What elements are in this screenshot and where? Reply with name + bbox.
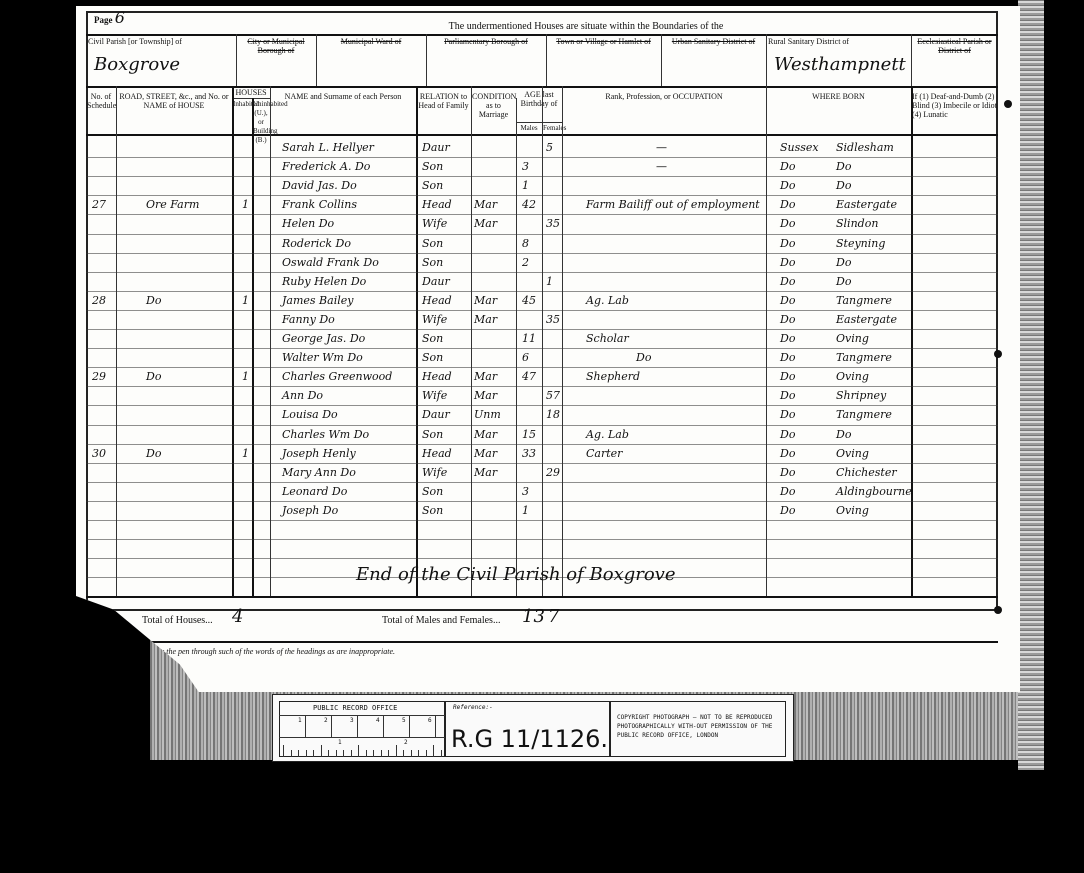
- occupation: Carter: [586, 447, 622, 460]
- house-name: Do: [146, 294, 161, 307]
- boundary-label: Municipal Ward of: [318, 37, 424, 46]
- schedule-number: 29: [92, 370, 106, 383]
- census-page: Page 6 The undermentioned Houses are sit…: [76, 6, 1020, 692]
- scale-tick: [373, 750, 374, 757]
- relation: Wife: [422, 389, 447, 402]
- male-age: 42: [522, 198, 536, 211]
- marital-condition: Mar: [474, 198, 497, 211]
- relation: Head: [422, 447, 452, 460]
- marital-condition: Mar: [474, 217, 497, 230]
- female-age: 35: [546, 217, 560, 230]
- born-county: Sussex: [780, 141, 819, 154]
- table-row: David Jas. DoSon1DoDo: [76, 179, 1020, 198]
- female-age: 35: [546, 313, 560, 326]
- column-header: NAME and Surname of each Person: [271, 92, 415, 101]
- born-place: Do: [836, 179, 851, 192]
- scale-tick: [321, 745, 322, 757]
- male-age: 3: [522, 485, 529, 498]
- table-row: Ruby Helen DoDaur1DoDo: [76, 275, 1020, 294]
- person-name: Sarah L. Hellyer: [282, 141, 374, 154]
- person-name: James Bailey: [282, 294, 353, 307]
- copyright-notice: COPYRIGHT PHOTOGRAPH – NOT TO BE REPRODU…: [617, 713, 777, 740]
- born-county: Do: [780, 294, 795, 307]
- marital-condition: Mar: [474, 389, 497, 402]
- born-place: Oving: [836, 504, 869, 517]
- occupation: —: [656, 141, 667, 154]
- boundary-value: Westhampnett: [774, 54, 906, 75]
- scale-rule: [409, 715, 410, 737]
- relation: Son: [422, 179, 443, 192]
- inhabited-count: 1: [242, 198, 249, 211]
- born-place: Do: [836, 256, 851, 269]
- born-place: Oving: [836, 370, 869, 383]
- born-place: Steyning: [836, 237, 885, 250]
- page-number: 6: [115, 8, 125, 27]
- table-row: Walter Wm DoSon6DoDoTangmere: [76, 351, 1020, 370]
- person-name: Joseph Do: [282, 504, 338, 517]
- relation: Son: [422, 256, 443, 269]
- page-title: The undermentioned Houses are situate wi…: [376, 22, 796, 31]
- reference-value: R.G 11/1126.: [451, 725, 608, 753]
- scale-tick: [396, 745, 397, 757]
- person-name: Frederick A. Do: [282, 160, 370, 173]
- record-office-stamp: PUBLIC RECORD OFFICE 12345612 Reference:…: [272, 694, 794, 762]
- rule: [86, 596, 998, 598]
- scale-label: 3: [350, 717, 354, 724]
- person-name: Louisa Do: [282, 408, 338, 421]
- born-place: Do: [836, 428, 851, 441]
- male-age: 1: [522, 504, 529, 517]
- rule: [316, 34, 317, 86]
- relation: Head: [422, 198, 452, 211]
- table-row: Charles Wm DoSonMar15Ag. LabDoDo: [76, 428, 1020, 447]
- house-name: Do: [146, 370, 161, 383]
- scale-tick: [366, 750, 367, 757]
- scale-tick: [426, 750, 427, 757]
- born-county: Do: [780, 332, 795, 345]
- born-place: Sidlesham: [836, 141, 894, 154]
- occupation: Shepherd: [586, 370, 640, 383]
- table-row: 27Ore Farm1Frank CollinsHeadMar42Farm Ba…: [76, 198, 1020, 217]
- rule: [279, 715, 445, 716]
- person-name: Ann Do: [282, 389, 323, 402]
- born-place: Oving: [836, 447, 869, 460]
- relation: Son: [422, 332, 443, 345]
- born-place: Tangmere: [836, 351, 892, 364]
- scale-label: 1: [338, 739, 342, 746]
- rule: [279, 737, 445, 738]
- born-county: Do: [780, 389, 795, 402]
- boundary-label: Parliamentary Borough of: [428, 37, 544, 46]
- scale-tick: [418, 750, 419, 757]
- male-age: 11: [522, 332, 536, 345]
- born-county: Do: [780, 428, 795, 441]
- born-place: Shripney: [836, 389, 886, 402]
- scale-tick: [283, 745, 284, 757]
- born-county: Do: [780, 198, 795, 211]
- rule: [236, 34, 237, 86]
- rule: [766, 34, 767, 86]
- person-name: Roderick Do: [282, 237, 351, 250]
- male-age: 33: [522, 447, 536, 460]
- end-of-parish-note: End of the Civil Parish of Boxgrove: [356, 564, 676, 585]
- female-age: 18: [546, 408, 560, 421]
- person-name: David Jas. Do: [282, 179, 357, 192]
- table-row: Frederick A. DoSon3—DoDo: [76, 160, 1020, 179]
- born-county: Do: [780, 179, 795, 192]
- female-age: 1: [546, 275, 553, 288]
- relation: Wife: [422, 466, 447, 479]
- punch-hole: [1004, 100, 1012, 108]
- table-row: Louisa DoDaurUnm18DoTangmere: [76, 408, 1020, 427]
- relation: Wife: [422, 313, 447, 326]
- person-name: Charles Wm Do: [282, 428, 369, 441]
- male-age: 6: [522, 351, 529, 364]
- marital-condition: Mar: [474, 370, 497, 383]
- born-county: Do: [780, 408, 795, 421]
- person-name: Frank Collins: [282, 198, 357, 211]
- boundary-label: Civil Parish [or Township] of: [88, 37, 234, 46]
- scale-tick: [411, 750, 412, 757]
- scale-rule: [383, 715, 384, 737]
- person-name: Joseph Henly: [282, 447, 356, 460]
- born-place: Slindon: [836, 217, 878, 230]
- scale-tick: [306, 750, 307, 757]
- person-name: Fanny Do: [282, 313, 335, 326]
- born-place: Oving: [836, 332, 869, 345]
- occupation: Ag. Lab: [586, 294, 629, 307]
- born-county: Do: [780, 447, 795, 460]
- table-row: 29Do1Charles GreenwoodHeadMar47ShepherdD…: [76, 370, 1020, 389]
- column-header-houses: HOUSES: [233, 88, 269, 97]
- relation: Daur: [422, 275, 450, 288]
- born-place: Do: [836, 275, 851, 288]
- occupation: Farm Bailiff out of employment: [586, 198, 760, 211]
- house-name: Do: [146, 447, 161, 460]
- boundary-label: Ecclesiastical Parish or District of: [913, 37, 996, 55]
- scale-rule: [435, 715, 436, 737]
- marital-condition: Mar: [474, 428, 497, 441]
- person-name: Ruby Helen Do: [282, 275, 366, 288]
- scale-tick: [403, 750, 404, 757]
- footnote: Draw the pen through such of the words o…: [146, 647, 395, 656]
- male-age: 3: [522, 160, 529, 173]
- relation: Son: [422, 160, 443, 173]
- occupation: —: [656, 160, 667, 173]
- male-age: 47: [522, 370, 536, 383]
- table-row: 30Do1Joseph HenlyHeadMar33CarterDoOving: [76, 447, 1020, 466]
- scale-label: 1: [298, 717, 302, 724]
- scale-tick: [388, 750, 389, 757]
- punch-hole: [994, 606, 1002, 614]
- punch-hole: [994, 350, 1002, 358]
- occupation: Scholar: [586, 332, 629, 345]
- table-row: 28Do1James BaileyHeadMar45Ag. LabDoTangm…: [76, 294, 1020, 313]
- person-name: Helen Do: [282, 217, 334, 230]
- occupation: Do: [636, 351, 651, 364]
- rule: [516, 122, 562, 123]
- scale-rule: [357, 715, 358, 737]
- born-county: Do: [780, 160, 795, 173]
- scale-tick: [343, 750, 344, 757]
- born-county: Do: [780, 504, 795, 517]
- born-county: Do: [780, 237, 795, 250]
- marital-condition: Unm: [474, 408, 501, 421]
- column-header: CONDITION as to Marriage: [472, 92, 515, 119]
- scale-label: 6: [428, 717, 432, 724]
- total-houses-label: Total of Houses...: [142, 616, 213, 625]
- scan-edge: [1018, 0, 1044, 770]
- column-header: Rank, Profession, or OCCUPATION: [563, 92, 765, 101]
- schedule-number: 27: [92, 198, 106, 211]
- rule: [232, 98, 270, 99]
- born-place: Eastergate: [836, 313, 897, 326]
- inhabited-count: 1: [242, 447, 249, 460]
- total-persons-label: Total of Males and Females...: [382, 616, 500, 625]
- relation: Son: [422, 485, 443, 498]
- born-county: Do: [780, 466, 795, 479]
- scale-tick: [328, 750, 329, 757]
- house-name: Ore Farm: [146, 198, 199, 211]
- occupation: Ag. Lab: [586, 428, 629, 441]
- column-header: Females: [543, 124, 561, 133]
- row-rule: [86, 539, 998, 540]
- scale-tick: [291, 750, 292, 757]
- column-header: RELATION to Head of Family: [417, 92, 470, 110]
- scale-label: 2: [324, 717, 328, 724]
- born-place: Aldingbourne: [836, 485, 912, 498]
- rule: [546, 34, 547, 86]
- boundary-label: Town or Village or Hamlet of: [548, 37, 659, 46]
- relation: Head: [422, 370, 452, 383]
- born-place: Chichester: [836, 466, 897, 479]
- table-row: Mary Ann DoWifeMar29DoChichester: [76, 466, 1020, 485]
- inhabited-count: 1: [242, 370, 249, 383]
- table-row: Oswald Frank DoSon2DoDo: [76, 256, 1020, 275]
- scale-tick: [298, 750, 299, 757]
- male-age: 8: [522, 237, 529, 250]
- row-rule: [86, 558, 998, 559]
- scale-label: 5: [402, 717, 406, 724]
- person-name: Oswald Frank Do: [282, 256, 379, 269]
- born-county: Do: [780, 370, 795, 383]
- scale-rule: [305, 715, 306, 737]
- reference-label: Reference:-: [453, 704, 493, 711]
- female-age: 57: [546, 389, 560, 402]
- table-row: Joseph DoSon1DoOving: [76, 504, 1020, 523]
- born-county: Do: [780, 313, 795, 326]
- table-row: Helen DoWifeMar35DoSlindon: [76, 217, 1020, 236]
- scale-tick: [351, 750, 352, 757]
- boundary-label: City or Municipal Borough of: [238, 37, 314, 55]
- born-place: Eastergate: [836, 198, 897, 211]
- total-houses-value: 4: [232, 606, 243, 627]
- column-header: WHERE BORN: [767, 92, 910, 101]
- scale-label: 2: [404, 739, 408, 746]
- table-row: George Jas. DoSon11ScholarDoOving: [76, 332, 1020, 351]
- person-name: Walter Wm Do: [282, 351, 363, 364]
- person-name: Charles Greenwood: [282, 370, 392, 383]
- table-row: Roderick DoSon8DoSteyning: [76, 237, 1020, 256]
- rule: [116, 641, 998, 643]
- boundary-label: Rural Sanitary District of: [768, 37, 909, 46]
- table-row: Leonard DoSon3DoAldingbourne: [76, 485, 1020, 504]
- column-header: If (1) Deaf-and-Dumb (2) Blind (3) Imbec…: [912, 92, 997, 119]
- person-name: Leonard Do: [282, 485, 347, 498]
- person-name: Mary Ann Do: [282, 466, 356, 479]
- marital-condition: Mar: [474, 313, 497, 326]
- scale-tick: [358, 745, 359, 757]
- rule: [426, 34, 427, 86]
- female-age: 5: [546, 141, 553, 154]
- born-county: Do: [780, 351, 795, 364]
- scale-tick: [441, 750, 442, 757]
- born-county: Do: [780, 217, 795, 230]
- schedule-number: 28: [92, 294, 106, 307]
- relation: Son: [422, 351, 443, 364]
- born-place: Tangmere: [836, 408, 892, 421]
- male-age: 2: [522, 256, 529, 269]
- rule: [911, 34, 912, 86]
- scale-rule: [331, 715, 332, 737]
- relation: Daur: [422, 141, 450, 154]
- marital-condition: Mar: [474, 294, 497, 307]
- column-header-age: AGE last Birthday of: [517, 90, 561, 108]
- female-age: 29: [546, 466, 560, 479]
- table-row: Sarah L. HellyerDaur5—SussexSidlesham: [76, 141, 1020, 160]
- column-header: Uninhabited (U.), or Building (B.): [253, 100, 269, 145]
- relation: Daur: [422, 408, 450, 421]
- marital-condition: Mar: [474, 466, 497, 479]
- born-county: Do: [780, 485, 795, 498]
- scale-tick: [433, 745, 434, 757]
- born-county: Do: [780, 256, 795, 269]
- relation: Head: [422, 294, 452, 307]
- born-place: Do: [836, 160, 851, 173]
- boundary-label: Urban Sanitary District of: [663, 37, 764, 46]
- column-header: No. of Schedule: [87, 92, 115, 110]
- scale-label: 4: [376, 717, 380, 724]
- scale-tick: [313, 750, 314, 757]
- total-males-value: 13: [522, 606, 545, 627]
- boundary-value: Boxgrove: [94, 54, 180, 75]
- male-age: 15: [522, 428, 536, 441]
- relation: Son: [422, 428, 443, 441]
- inhabited-count: 1: [242, 294, 249, 307]
- table-row: Fanny DoWifeMar35DoEastergate: [76, 313, 1020, 332]
- office-label: PUBLIC RECORD OFFICE: [313, 704, 397, 712]
- male-age: 1: [522, 179, 529, 192]
- page-label: Page 6: [94, 13, 125, 25]
- rule: [86, 34, 998, 36]
- scale-tick: [381, 750, 382, 757]
- relation: Son: [422, 237, 443, 250]
- male-age: 45: [522, 294, 536, 307]
- total-females-value: 7: [548, 606, 559, 627]
- table-row: Ann DoWifeMar57DoShripney: [76, 389, 1020, 408]
- born-county: Do: [780, 275, 795, 288]
- rule: [661, 34, 662, 86]
- born-place: Tangmere: [836, 294, 892, 307]
- marital-condition: Mar: [474, 447, 497, 460]
- scale-tick: [336, 750, 337, 757]
- column-header: ROAD, STREET, &c., and No. or NAME of HO…: [117, 92, 231, 110]
- person-name: George Jas. Do: [282, 332, 365, 345]
- column-header: Inhabited: [233, 100, 251, 109]
- relation: Son: [422, 504, 443, 517]
- column-header: Males: [517, 124, 541, 133]
- relation: Wife: [422, 217, 447, 230]
- schedule-number: 30: [92, 447, 106, 460]
